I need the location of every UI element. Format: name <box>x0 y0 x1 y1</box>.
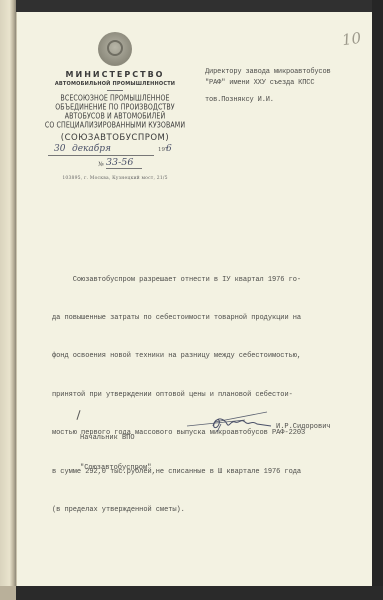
signatory-name: И.Р.Сидорович <box>276 423 331 431</box>
signatory-title-line: "Союзавтобуспром" <box>80 463 151 473</box>
addressee-line: "РАФ" имени ХХУ съезда КПСС <box>205 78 375 89</box>
body-line: принятой при утверждении оптовой цены и … <box>52 389 352 402</box>
signatory-title-line: Начальник ВПО <box>80 433 151 443</box>
organization-short-name: (СОЮЗАВТОБУСПРОМ) <box>40 131 190 145</box>
addressee-recipient: тов.Позняксу И.И. <box>205 95 375 106</box>
letterhead-divider <box>107 90 123 91</box>
date-underline <box>48 155 154 156</box>
scan-top-border <box>0 0 383 12</box>
body-line: (в пределах утвержденной сметы). <box>52 504 352 517</box>
letterhead: МИНИСТЕРСТВО АВТОМОБИЛЬНОЙ ПРОМЫШЛЕННОСТ… <box>40 32 190 181</box>
signatory-title: Начальник ВПО "Союзавтобуспром" <box>80 413 151 483</box>
date-field: 30 декабря 197 6 <box>40 146 190 157</box>
addressee-line: Директору завода микроавтобусов <box>205 67 375 78</box>
organization-address: 103895, г. Москва, Кузнецкий мост, 21/5 <box>40 176 190 181</box>
scan-binding-edge <box>0 0 16 600</box>
body-line: фонд освоения новой техники на разницу м… <box>52 350 352 363</box>
document-number-field: № 33-56 <box>40 158 190 170</box>
ussr-coat-of-arms-icon <box>98 32 132 66</box>
body-line: да повышенные затраты по себестоимости т… <box>52 312 352 325</box>
handwritten-page-number: 10 <box>341 29 362 49</box>
scan-bottom-left-corner <box>0 586 16 600</box>
body-line: Союзавтобуспром разрешает отнести в IУ к… <box>52 274 352 287</box>
addressee-block: Директору завода микроавтобусов "РАФ" им… <box>205 67 375 106</box>
scan-bottom-border <box>0 586 383 600</box>
date-year-handwritten: 6 <box>166 144 172 154</box>
ministry-title: МИНИСТЕРСТВО <box>40 70 190 80</box>
letter-body: Союзавтобуспром разрешает отнести в IУ к… <box>52 248 352 530</box>
number-label: № <box>98 161 104 168</box>
organization-line: СО СПЕЦИАЛИЗИРОВАННЫМИ КУЗОВАМИ <box>40 120 190 131</box>
date-day-handwritten: 30 <box>54 144 65 154</box>
date-month-handwritten: декабря <box>72 144 111 154</box>
scan-right-border <box>372 0 383 600</box>
document-number-handwritten: 33-56 <box>106 157 142 169</box>
handwritten-signature-icon <box>185 402 275 432</box>
ministry-subtitle: АВТОМОБИЛЬНОЙ ПРОМЫШЛЕННОСТИ <box>40 80 190 88</box>
